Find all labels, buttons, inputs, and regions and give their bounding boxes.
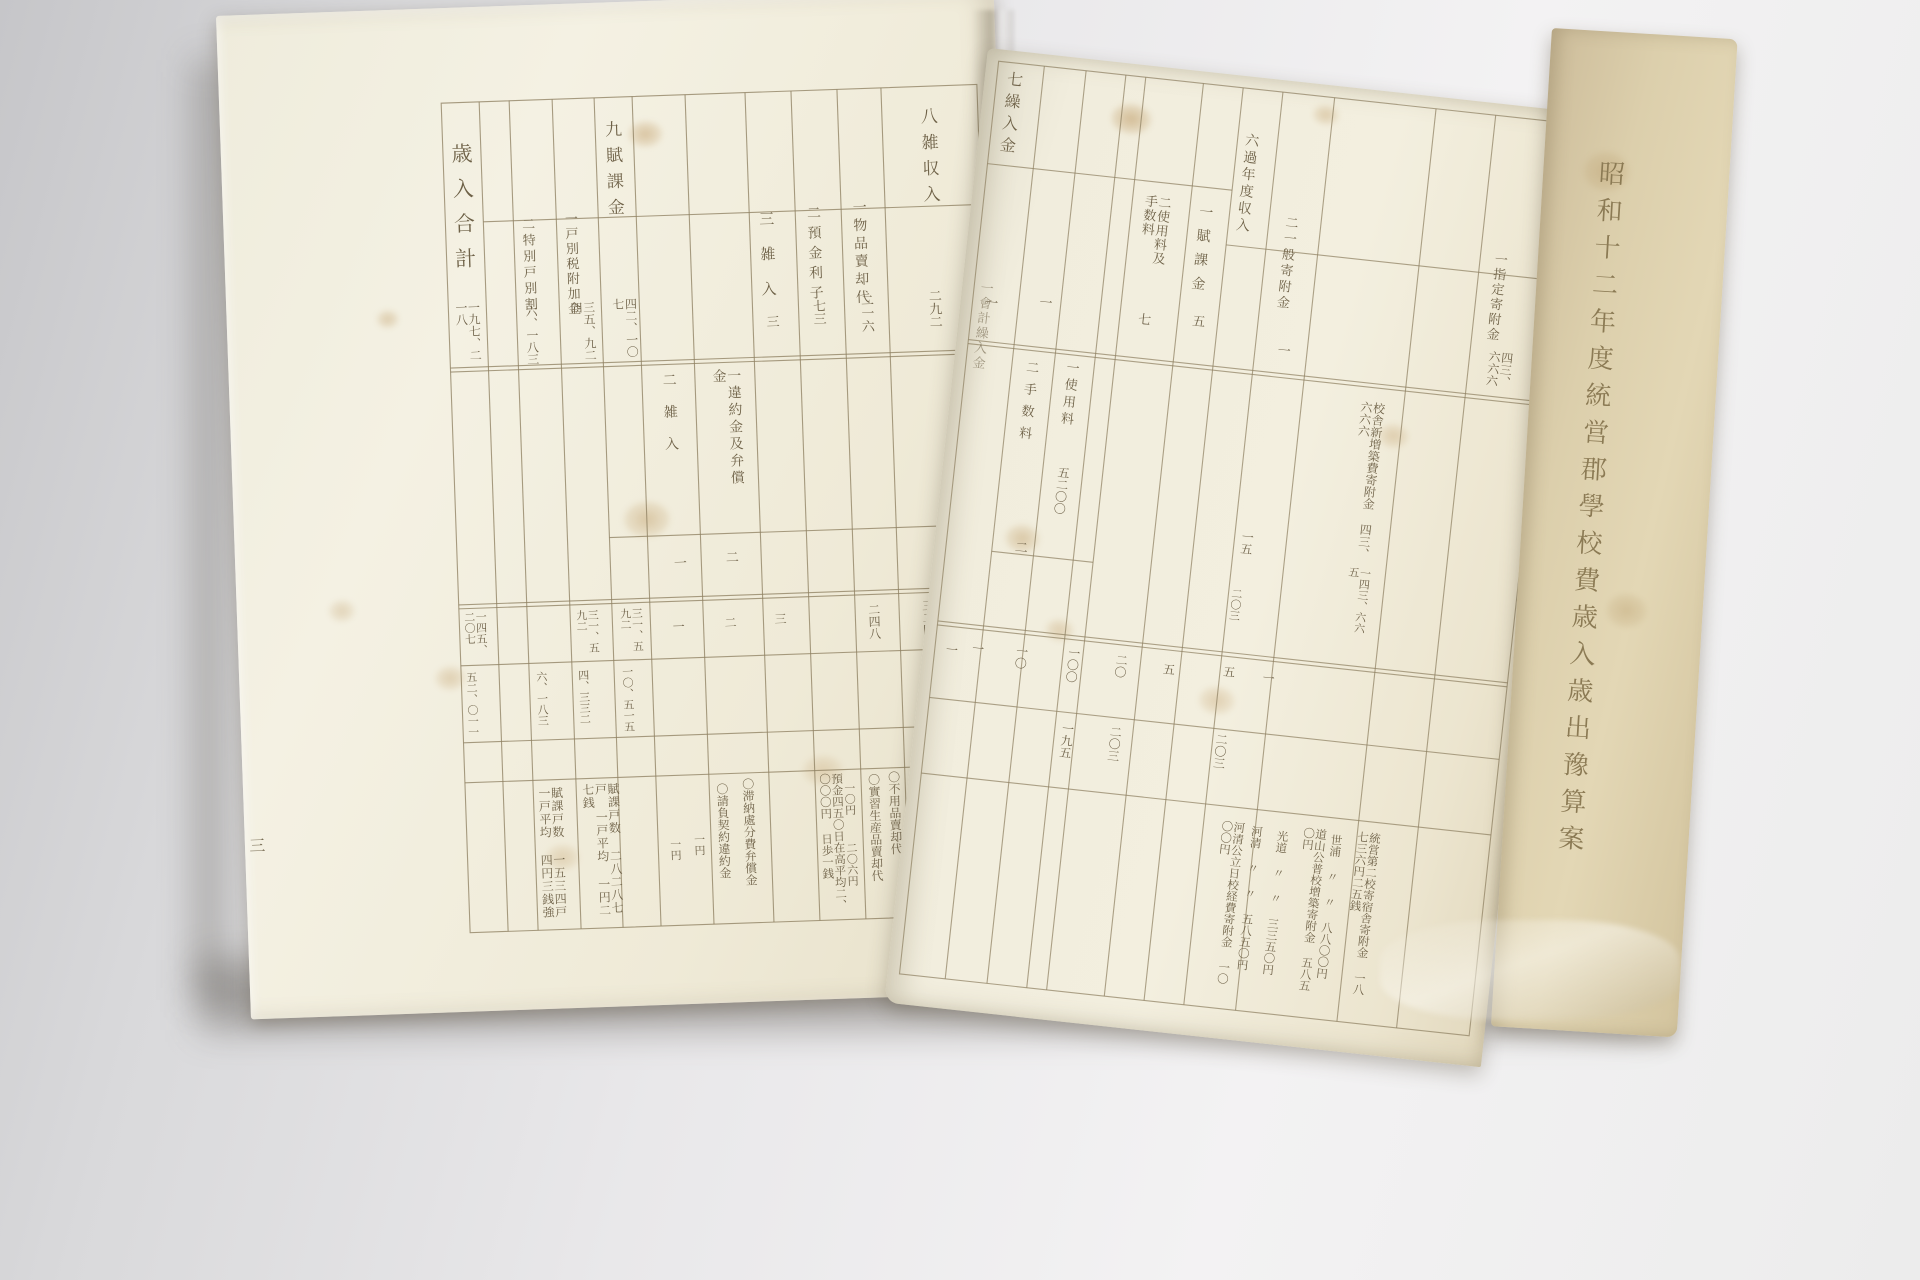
subtotal2-tokubetsu: 六、一八三	[535, 671, 549, 737]
left-page-number: 三	[247, 837, 264, 854]
subtotal1-zatsunyu: 三	[773, 612, 787, 652]
value-buppin: 二一六	[858, 293, 874, 353]
subtotal1-kobetsu: 三一、五九二	[575, 609, 600, 660]
value-shitei-kifukin: 四三、六六六	[1483, 350, 1513, 398]
note-amount-10yen: 一〇円	[843, 782, 856, 834]
photo-of-open-ledger-book: { "book": { "cover_title": "昭和十二年度統営郡學校費…	[0, 0, 1920, 1280]
value-zatsunyu-2: 一	[671, 556, 686, 596]
subtotal2-kobetsu: 四、三三二	[577, 669, 591, 735]
subtotal2-fukakin: 一〇、五一五	[621, 666, 635, 732]
header-zatsushunyu: 八雑収入	[917, 107, 940, 258]
subtotal1-sainyu-gokei: 一四五、二〇七	[463, 611, 488, 662]
cover-title: 昭和十二年度統営郡學校費歳入歳出豫算案	[1545, 159, 1624, 999]
header-iyakukin: 一違約金及弁償金	[711, 368, 745, 495]
header-fukakin: 九賦課金	[601, 120, 624, 271]
book-left-shadow	[196, 60, 222, 1000]
subtotal1-zatsunyu2: 一	[671, 620, 685, 660]
value-fukakin: 四二、一〇七	[611, 298, 638, 363]
note-amount-1yen-b: 一円	[669, 838, 682, 874]
subtotal1-iyaku: 二	[723, 616, 737, 656]
note-tokubetsu-households: 賦課戸数 一五三四戸 一戸平均 四円三銭強	[537, 786, 567, 925]
value-yokin: 七三	[810, 299, 826, 359]
value-kobetsu: 三五、九二四	[569, 301, 596, 366]
right-page: 七繰入金 六過年度収入 一賦課金 二使用料及手数料 一會計繰入金 二一般寄附金 …	[884, 48, 1584, 1067]
value-sainyu-gokei: 一九七、二一八	[454, 301, 481, 366]
subtotal1-buppin: 二四八	[867, 603, 881, 653]
value-zatsunyu: 三	[764, 315, 780, 375]
page-stack-edge	[1380, 920, 1680, 1020]
subtotal1-fukakin: 三一、五九二	[619, 607, 644, 658]
note-amount-1yen-a: 一円	[693, 833, 706, 869]
value-tokubetsu: 六、一八三	[524, 305, 539, 369]
note-kobetsu-households: 賦課戸数 二八二八七戸 一戸平均 一円二七銭	[581, 782, 624, 921]
subtotal2-sainyu-gokei: 五二、〇一一	[465, 671, 479, 737]
note-amount-206yen: 二〇六円	[845, 842, 859, 902]
value-iyakukin: 二	[723, 550, 738, 590]
value-zatsushunyu: 二九二	[926, 289, 942, 349]
